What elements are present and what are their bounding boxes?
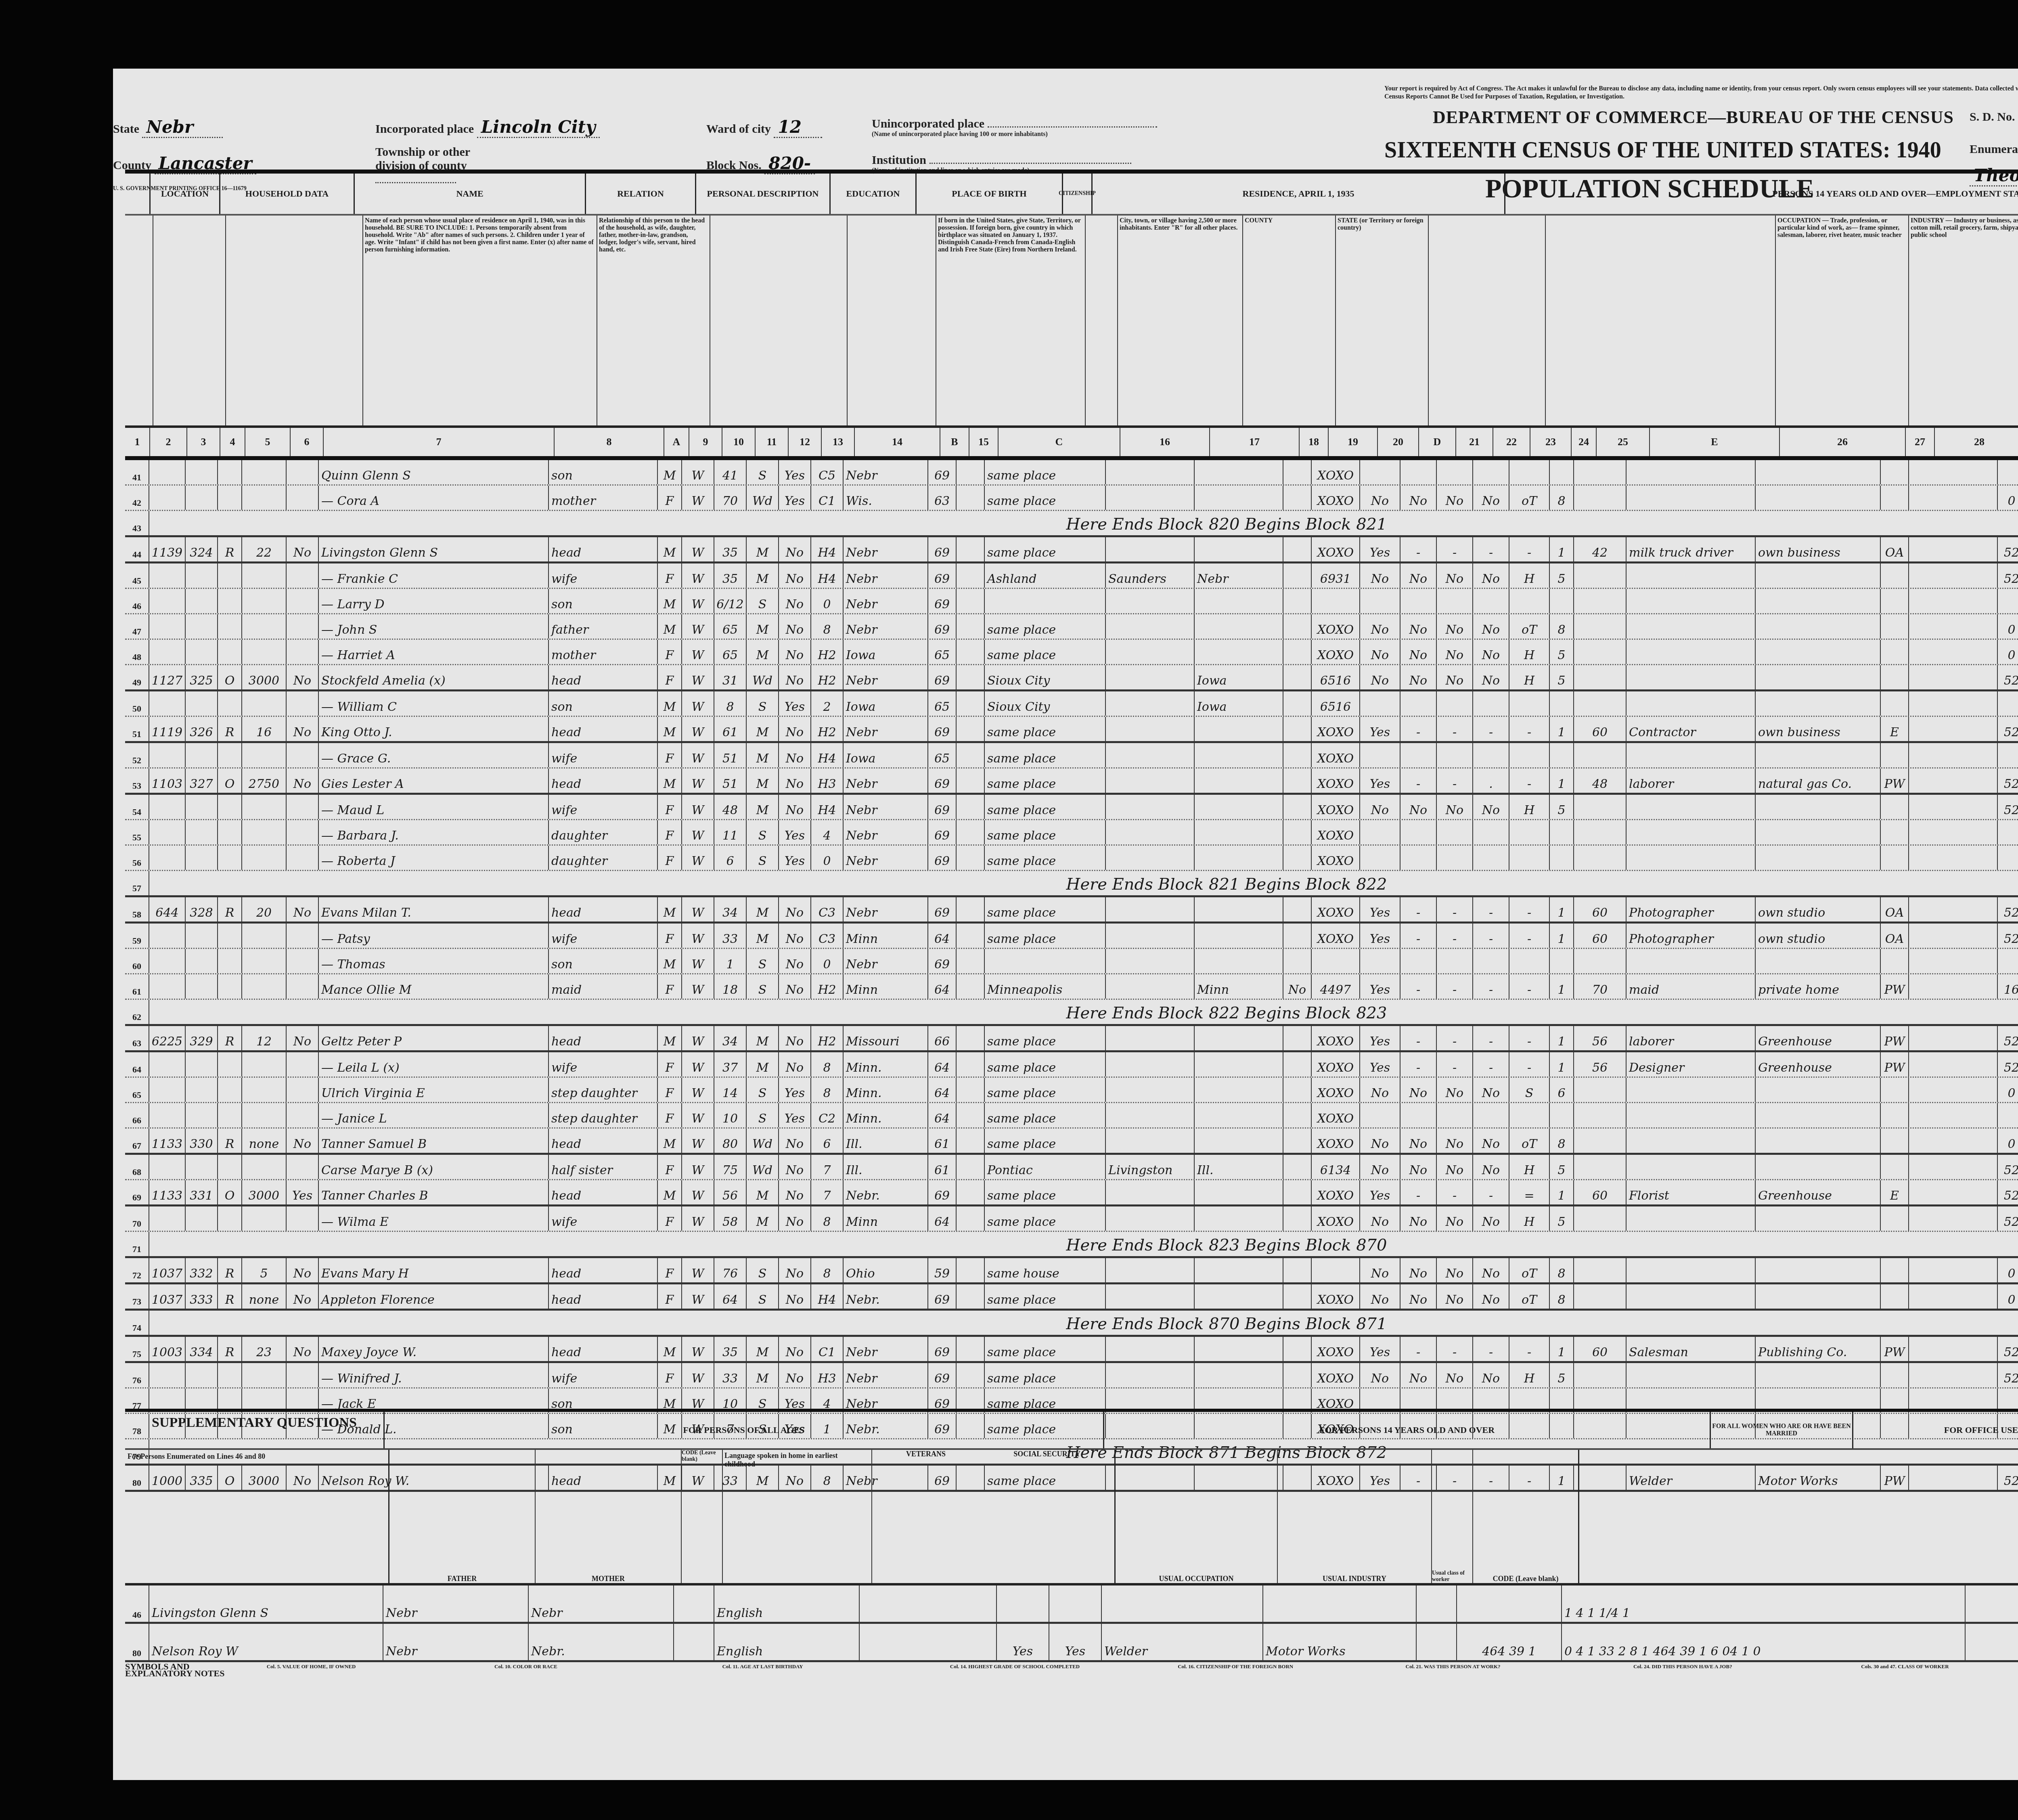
cell-name: — Wilma E	[319, 1206, 549, 1231]
cell-res-city: same place	[985, 1206, 1106, 1231]
cell-res-state	[1195, 486, 1283, 510]
header-name: Name of each person whose usual place of…	[363, 216, 597, 425]
cell-code-c: 64	[928, 1052, 957, 1077]
cell-hours: 5	[1550, 1206, 1574, 1231]
cell-house: 644	[149, 897, 186, 922]
cell-res-state	[1195, 897, 1283, 922]
cell-code-c: 69	[928, 949, 957, 973]
cell-relation: wife	[549, 1363, 658, 1387]
line-number: 62	[125, 1000, 149, 1024]
cell-industry	[1756, 665, 1881, 689]
header-residence-county: COUNTY	[1243, 216, 1336, 425]
cell-code-c: 69	[928, 846, 957, 870]
cell-relation: mother	[549, 640, 658, 664]
cell-grade: H2	[811, 717, 844, 741]
cell-value: 5	[242, 1258, 287, 1282]
cell-industry	[1756, 1129, 1881, 1153]
cell-job: No	[1473, 1129, 1509, 1153]
cell-grade: H4	[811, 563, 844, 588]
cell-line: 66	[125, 1103, 149, 1127]
cell-school: No	[779, 1180, 811, 1204]
cell-farm	[287, 924, 319, 948]
cell-own	[218, 820, 242, 844]
cell-res-city: same place	[985, 1103, 1106, 1127]
cell-line: 46	[125, 589, 149, 613]
cell-school: No	[779, 717, 811, 741]
cell-work: No	[1360, 1363, 1400, 1387]
cell-own	[218, 691, 242, 716]
cell-res-state: Minn	[1195, 974, 1283, 999]
cell-seek: No	[1400, 1363, 1437, 1387]
cell-seek: No	[1400, 1078, 1437, 1102]
cell-name: Quinn Glenn S	[319, 460, 549, 484]
cell-value	[242, 974, 287, 999]
cell-activity: -	[1509, 897, 1550, 922]
cell-relation: wife	[549, 924, 658, 948]
cell-job: No	[1473, 563, 1509, 588]
cell-res-city: same place	[985, 1052, 1106, 1077]
cell-school: No	[779, 563, 811, 588]
cell-sex: F	[658, 1052, 682, 1077]
cell-own	[218, 743, 242, 767]
cell-relation: son	[549, 949, 658, 973]
cell-farm35	[1283, 795, 1312, 819]
cell-marital: M	[747, 924, 779, 948]
cell-school: No	[779, 665, 811, 689]
cell-res-state	[1195, 614, 1283, 639]
table-row: 57Here Ends Block 821 Begins Block 822	[125, 871, 2018, 897]
cell-work: No	[1360, 1284, 1400, 1309]
cell-value	[242, 795, 287, 819]
cell-activity: -	[1509, 717, 1550, 741]
column-number: 4	[220, 428, 245, 456]
cell-res-county	[1106, 1258, 1195, 1282]
cell-sex: F	[658, 1363, 682, 1387]
cell-grade: H3	[811, 1363, 844, 1387]
cell-class	[1881, 1129, 1909, 1153]
cell-farm35	[1283, 1078, 1312, 1102]
cell-line: 54	[125, 795, 149, 819]
cell-line: 64	[125, 1052, 149, 1077]
cell-class	[1881, 1103, 1909, 1127]
cell-farm	[287, 1052, 319, 1077]
cell-school: Yes	[779, 846, 811, 870]
cell-grade: H4	[811, 1284, 844, 1309]
cell-sex: F	[658, 1284, 682, 1309]
cell-hours: 5	[1550, 1155, 1574, 1179]
supp-cell-office: 1 4 1 1/4 1	[1562, 1585, 1966, 1622]
cell-race: W	[682, 1026, 714, 1050]
cell-hours: 1	[1550, 717, 1574, 741]
cell-house	[149, 589, 186, 613]
cell-code-f	[1909, 1206, 1998, 1231]
cell-farm: No	[287, 1337, 319, 1361]
cell-emerg: No	[1437, 1129, 1473, 1153]
cell-grade: 8	[811, 614, 844, 639]
cell-code-f	[1909, 1337, 1998, 1361]
cell-code-f	[1909, 974, 1998, 999]
cell-age: 37	[714, 1052, 747, 1077]
supp-cell-father: Nebr	[383, 1585, 529, 1622]
cell-res-state	[1195, 1129, 1283, 1153]
cell-value: 3000	[242, 1180, 287, 1204]
cell-marital: S	[747, 1258, 779, 1282]
cell-job: No	[1473, 1206, 1509, 1231]
cell-res-county	[1106, 1284, 1195, 1309]
cell-relation: wife	[549, 563, 658, 588]
cell-work: Yes	[1360, 1052, 1400, 1077]
cell-occupation	[1627, 1206, 1756, 1231]
cell-birthplace: Nebr.	[844, 1284, 928, 1309]
cell-house	[149, 795, 186, 819]
cell-res-state	[1195, 820, 1283, 844]
cell-emerg: -	[1437, 537, 1473, 561]
cell-seek: No	[1400, 795, 1437, 819]
cell-cit	[957, 846, 985, 870]
cell-line: 63	[125, 1026, 149, 1050]
cell-cit	[957, 691, 985, 716]
cell-house	[149, 743, 186, 767]
cell-cit	[957, 897, 985, 922]
cell-line: 59	[125, 924, 149, 948]
cell-industry	[1756, 486, 1881, 510]
cell-seek: -	[1400, 897, 1437, 922]
supp-cell-name: Livingston Glenn S	[149, 1585, 383, 1622]
cell-code-d: XOXO	[1312, 795, 1360, 819]
cell-code-d: XOXO	[1312, 614, 1360, 639]
cell-farm35	[1283, 846, 1312, 870]
cell-work	[1360, 949, 1400, 973]
cell-seek	[1400, 949, 1437, 973]
cell-res-state	[1195, 1284, 1283, 1309]
cell-weeks-worked: 52	[1998, 1337, 2018, 1361]
cell-cit	[957, 640, 985, 664]
cell-grade: C2	[811, 1103, 844, 1127]
cell-relation: head	[549, 897, 658, 922]
cell-res-state	[1195, 949, 1283, 973]
cell-code-f	[1909, 1284, 1998, 1309]
cell-birthplace: Nebr	[844, 589, 928, 613]
cell-own	[218, 1155, 242, 1179]
cell-code-c: 69	[928, 1180, 957, 1204]
cell-hours: 1	[1550, 1052, 1574, 1077]
cell-code-d: 6931	[1312, 563, 1360, 588]
cell-sex: F	[658, 1078, 682, 1102]
cell-work: No	[1360, 1155, 1400, 1179]
column-number: 5	[245, 428, 291, 456]
cell-grade: 8	[811, 1206, 844, 1231]
cell-relation: father	[549, 614, 658, 639]
cell-race: W	[682, 537, 714, 561]
line-number: 71	[125, 1232, 149, 1256]
cell-value: 20	[242, 897, 287, 922]
cell-hours	[1550, 743, 1574, 767]
cell-weeks-unemp	[1574, 563, 1627, 588]
cell-class	[1881, 460, 1909, 484]
cell-farm35	[1283, 924, 1312, 948]
cell-cit	[957, 1103, 985, 1127]
cell-code-d: XOXO	[1312, 1284, 1360, 1309]
cell-industry	[1756, 614, 1881, 639]
cell-class	[1881, 665, 1909, 689]
cell-res-state	[1195, 924, 1283, 948]
cell-race: W	[682, 460, 714, 484]
cell-sex: M	[658, 460, 682, 484]
cell-res-state	[1195, 1180, 1283, 1204]
cell-house	[149, 924, 186, 948]
cell-activity: -	[1509, 1052, 1550, 1077]
cell-house	[149, 1078, 186, 1102]
cell-line: 52	[125, 743, 149, 767]
column-number: 13	[822, 428, 855, 456]
cell-farm35	[1283, 949, 1312, 973]
cell-birthplace: Minn.	[844, 1078, 928, 1102]
symbols-title: SYMBOLS AND EXPLANATORY NOTES	[125, 1663, 255, 1677]
cell-seek: No	[1400, 1284, 1437, 1309]
cell-hours: 1	[1550, 1026, 1574, 1050]
cell-relation: head	[549, 1337, 658, 1361]
cell-weeks-unemp	[1574, 795, 1627, 819]
cell-res-state: Iowa	[1195, 691, 1283, 716]
cell-own: O	[218, 665, 242, 689]
cell-occupation	[1627, 1258, 1756, 1282]
cell-line: 65	[125, 1078, 149, 1102]
cell-res-county	[1106, 769, 1195, 793]
cell-code-f	[1909, 897, 1998, 922]
cell-res-city: same place	[985, 820, 1106, 844]
cell-visit: 327	[186, 769, 218, 793]
cell-occupation	[1627, 589, 1756, 613]
header-industry: INDUSTRY — Industry or business, as— cot…	[1909, 216, 2018, 425]
cell-house: 6225	[149, 1026, 186, 1050]
cell-res-state	[1195, 743, 1283, 767]
cell-weeks-worked: 52	[1998, 795, 2018, 819]
cell-emerg: No	[1437, 614, 1473, 639]
population-table: LOCATION HOUSEHOLD DATA NAME RELATION PE…	[125, 170, 2018, 1492]
cell-seek: No	[1400, 486, 1437, 510]
cell-race: W	[682, 1129, 714, 1153]
cell-house	[149, 1052, 186, 1077]
cell-cit	[957, 563, 985, 588]
cell-hours: 5	[1550, 563, 1574, 588]
cell-work: Yes	[1360, 1026, 1400, 1050]
cell-class	[1881, 743, 1909, 767]
cell-job: -	[1473, 1337, 1509, 1361]
table-row: 531103327O2750NoGies Lester AheadMW51MNo…	[125, 769, 2018, 795]
cell-own	[218, 1363, 242, 1387]
cell-line: 47	[125, 614, 149, 639]
cell-own	[218, 460, 242, 484]
cell-seek: No	[1400, 563, 1437, 588]
cell-school: No	[779, 1052, 811, 1077]
cell-age: 8	[714, 691, 747, 716]
cell-birthplace: Nebr	[844, 897, 928, 922]
cell-industry	[1756, 1363, 1881, 1387]
cell-res-county	[1106, 820, 1195, 844]
cell-code-d: XOXO	[1312, 846, 1360, 870]
cell-marital: M	[747, 1206, 779, 1231]
column-number: 25	[1597, 428, 1650, 456]
cell-weeks-worked: 52	[1998, 1052, 2018, 1077]
cell-weeks-worked: 52	[1998, 897, 2018, 922]
cell-res-state	[1195, 1026, 1283, 1050]
cell-age: 34	[714, 1026, 747, 1050]
cell-code-f	[1909, 1103, 1998, 1127]
cell-activity	[1509, 846, 1550, 870]
table-row: 62Here Ends Block 822 Begins Block 823	[125, 1000, 2018, 1026]
cell-weeks-unemp: 56	[1574, 1026, 1627, 1050]
cell-occupation	[1627, 665, 1756, 689]
cell-farm	[287, 1363, 319, 1387]
cell-school: No	[779, 769, 811, 793]
cell-res-county	[1106, 1363, 1195, 1387]
cell-farm	[287, 691, 319, 716]
cell-own	[218, 795, 242, 819]
cell-value: 23	[242, 1337, 287, 1361]
cell-res-state: Nebr	[1195, 563, 1283, 588]
cell-name: — Thomas	[319, 949, 549, 973]
cell-house: 1133	[149, 1129, 186, 1153]
cell-class: PW	[1881, 1337, 1909, 1361]
cell-seek: No	[1400, 1206, 1437, 1231]
cell-birthplace: Wis.	[844, 486, 928, 510]
cell-farm35	[1283, 897, 1312, 922]
cell-house	[149, 563, 186, 588]
table-row: 76— Winifred J.wifeFW33MNoH3Nebr69same p…	[125, 1363, 2018, 1389]
supp-cell-code: 464 39 1	[1457, 1624, 1562, 1660]
cell-race: W	[682, 795, 714, 819]
cell-emerg: -	[1437, 769, 1473, 793]
cell-code-d: 6516	[1312, 665, 1360, 689]
column-number: 22	[1493, 428, 1530, 456]
supp-cell-ss-number	[997, 1585, 1049, 1622]
cell-farm	[287, 640, 319, 664]
column-number: 17	[1210, 428, 1300, 456]
cell-visit	[186, 1363, 218, 1387]
cell-weeks-unemp: 60	[1574, 1337, 1627, 1361]
cell-work	[1360, 846, 1400, 870]
table-row: 751003334R23NoMaxey Joyce W.headMW35MNoC…	[125, 1337, 2018, 1363]
state-field: State Nebr	[113, 117, 223, 138]
cell-race: W	[682, 1180, 714, 1204]
cell-visit	[186, 614, 218, 639]
cell-res-state	[1195, 460, 1283, 484]
cell-activity	[1509, 949, 1550, 973]
header-birthplace: If born in the United States, give State…	[936, 216, 1086, 425]
cell-value	[242, 1155, 287, 1179]
cell-relation: daughter	[549, 846, 658, 870]
cell-code-c: 61	[928, 1155, 957, 1179]
ward-value: 12	[774, 117, 822, 138]
cell-res-county	[1106, 1129, 1195, 1153]
cell-value	[242, 691, 287, 716]
cell-code-f	[1909, 1129, 1998, 1153]
cell-res-city: same place	[985, 1129, 1106, 1153]
cell-occupation: Photographer	[1627, 924, 1756, 948]
cell-own: O	[218, 1180, 242, 1204]
column-number: 26	[1780, 428, 1906, 456]
supp-subtitle: For Persons Enumerated on Lines 46 and 8…	[125, 1450, 389, 1583]
cell-cit	[957, 924, 985, 948]
section-name: NAME	[355, 174, 586, 214]
cell-value	[242, 640, 287, 664]
cell-relation: son	[549, 691, 658, 716]
cell-name: King Otto J.	[319, 717, 549, 741]
cell-res-city: same place	[985, 1180, 1106, 1204]
cell-cit	[957, 1129, 985, 1153]
cell-own: R	[218, 1258, 242, 1282]
cell-age: 56	[714, 1180, 747, 1204]
cell-house	[149, 1363, 186, 1387]
cell-grade: 0	[811, 846, 844, 870]
cell-res-state	[1195, 846, 1283, 870]
cell-activity: -	[1509, 974, 1550, 999]
cell-cit	[957, 460, 985, 484]
cell-job	[1473, 691, 1509, 716]
cell-hours: 5	[1550, 665, 1574, 689]
cell-work: No	[1360, 1078, 1400, 1102]
cell-line: 55	[125, 820, 149, 844]
column-number: D	[1419, 428, 1456, 456]
cell-visit: 332	[186, 1258, 218, 1282]
cell-code-c: 64	[928, 1078, 957, 1102]
cell-house	[149, 1155, 186, 1179]
cell-relation: wife	[549, 1206, 658, 1231]
cell-birthplace: Missouri	[844, 1026, 928, 1050]
cell-line: 48	[125, 640, 149, 664]
cell-marital: M	[747, 743, 779, 767]
cell-activity: H	[1509, 1363, 1550, 1387]
cell-class	[1881, 846, 1909, 870]
cell-hours: 5	[1550, 795, 1574, 819]
cell-line: 56	[125, 846, 149, 870]
cell-value: 22	[242, 537, 287, 561]
cell-activity: -	[1509, 924, 1550, 948]
cell-relation: head	[549, 665, 658, 689]
column-number: 19	[1329, 428, 1378, 456]
table-row: 46— Larry DsonMW6/12SNo0Nebr6946	[125, 589, 2018, 614]
cell-emerg: No	[1437, 640, 1473, 664]
cell-age: 61	[714, 717, 747, 741]
cell-res-state	[1195, 1103, 1283, 1127]
cell-job: No	[1473, 640, 1509, 664]
cell-res-city: same place	[985, 897, 1106, 922]
supp-cell-ss-number: Yes	[997, 1624, 1049, 1660]
table-row: 61Mance Ollie MmaidFW18SNoH2Minn64Minnea…	[125, 974, 2018, 1000]
column-number: 27	[1906, 428, 1935, 456]
cell-relation: son	[549, 460, 658, 484]
column-number: 7	[324, 428, 555, 456]
cell-sex: M	[658, 537, 682, 561]
cell-res-city: same place	[985, 486, 1106, 510]
cell-cit	[957, 795, 985, 819]
cell-occupation	[1627, 614, 1756, 639]
cell-age: 11	[714, 820, 747, 844]
cell-school: No	[779, 589, 811, 613]
cell-code-c: 64	[928, 1206, 957, 1231]
table-body: 41Quinn Glenn SsonMW41SYesC5Nebr69same p…	[125, 460, 2018, 1492]
cell-industry: Greenhouse	[1756, 1052, 1881, 1077]
cell-job: No	[1473, 486, 1509, 510]
cell-farm: No	[287, 769, 319, 793]
cell-race: W	[682, 691, 714, 716]
cell-own: O	[218, 769, 242, 793]
cell-farm: No	[287, 1026, 319, 1050]
cell-code-c: 64	[928, 974, 957, 999]
supp-cell-code	[1457, 1585, 1562, 1622]
cell-code-c: 69	[928, 897, 957, 922]
cell-cit	[957, 1078, 985, 1102]
